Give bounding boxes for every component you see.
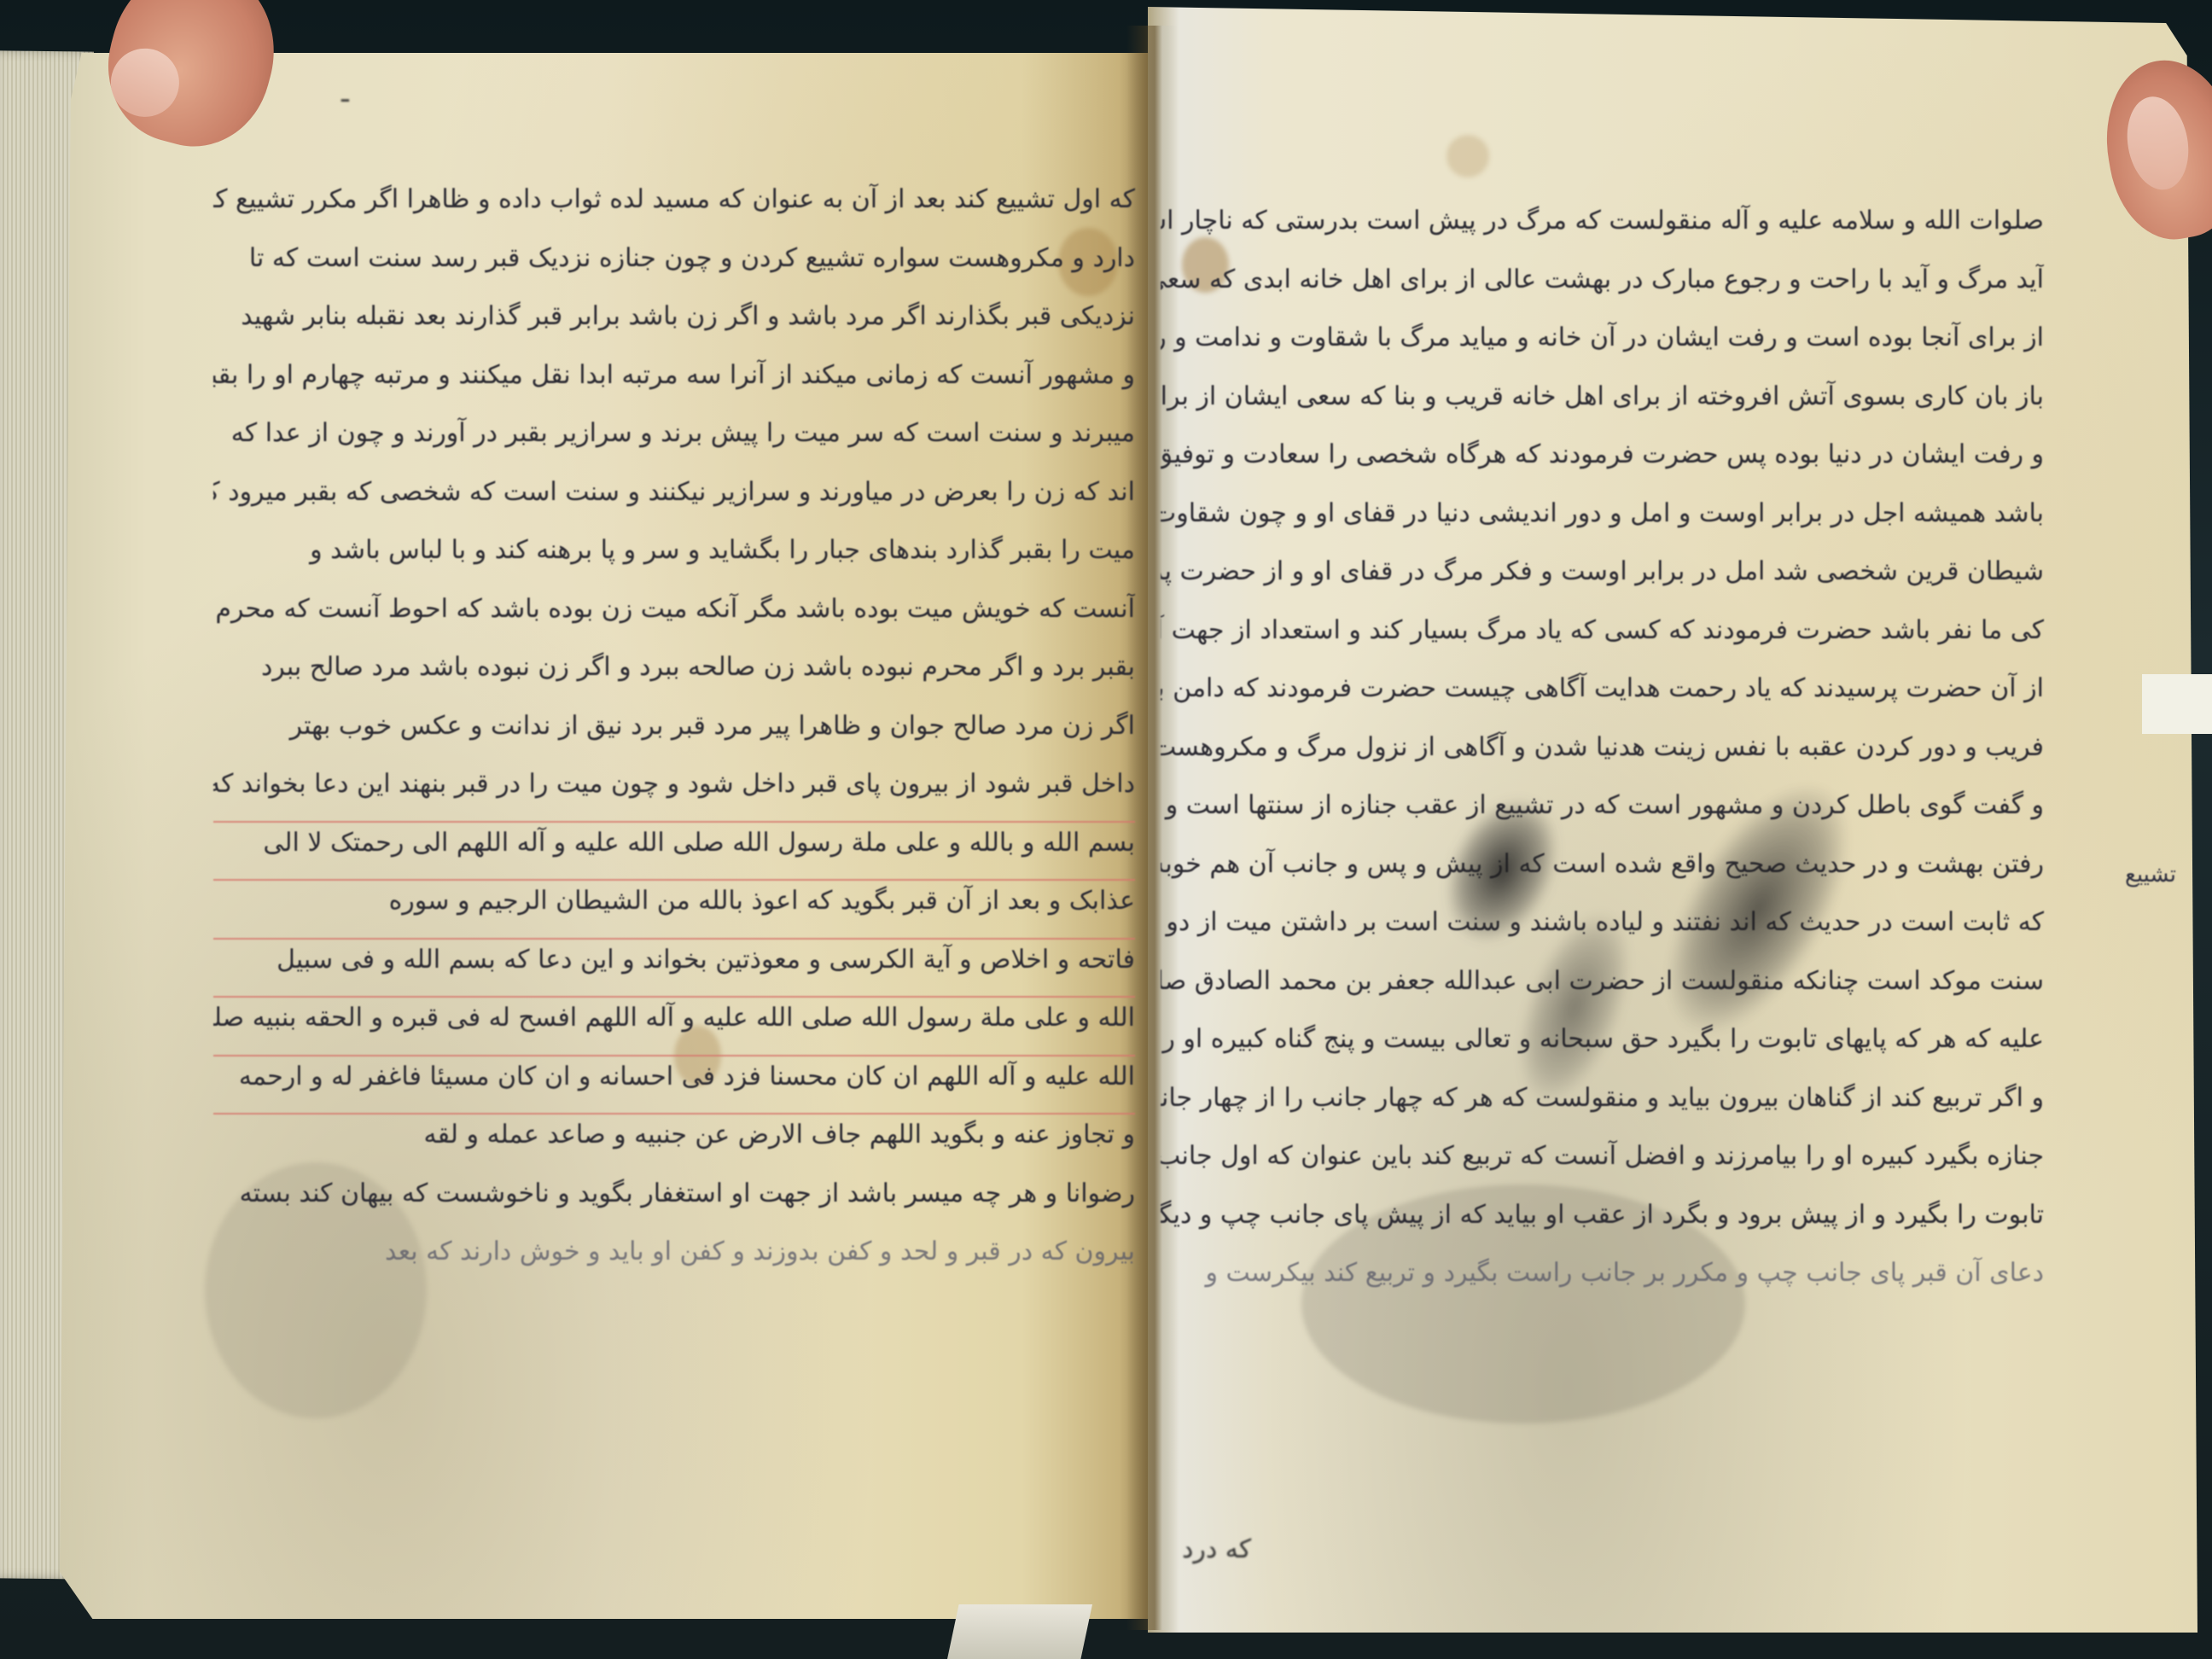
inserted-slip [2142, 674, 2212, 734]
text-line: تابوت را بگیرد و از پیش برود و بگرد از ع… [1161, 1186, 2044, 1245]
text-line: و اگر تربیع کند از گناهان بیرون بیاید و … [1161, 1069, 2044, 1128]
bottom-mark: که درد [1182, 1534, 1251, 1564]
text-line: میبرند و سنت است که سر میت را پیش برند و… [213, 405, 1135, 463]
text-line: فریب و دور کردن عقبه با نفس زینت هدنیا ش… [1161, 719, 2044, 777]
rubric-text-line: عذابک و بعد از آن قبر بگوید که اعوذ بالل… [213, 872, 1135, 931]
text-line: دعای آن قبر پای جانب چپ و مکرر بر جانب ر… [1161, 1244, 2044, 1303]
text-line: رفتن بهشت و در حدیث صحیح واقع شده است که… [1161, 835, 2044, 894]
rubric-text-line: فاتحه و اخلاص و آیة الکرسی و معوذتین بخو… [213, 931, 1135, 990]
text-line: آنست که خویش میت بوده باشد مگر آنکه میت … [213, 580, 1135, 639]
text-line: میت را بقبر گذارد بندهای جبار را بگشاید … [213, 521, 1135, 580]
text-line: صلوات الله و سلامه علیه و آله منقولست که… [1161, 192, 2044, 251]
text-line: باشد همیشه اجل در برابر اوست و امل و دور… [1161, 485, 2044, 544]
rubric-text-line: الله علیه و آله اللهم ان کان محسنا فزد ف… [213, 1048, 1135, 1107]
text-line: جنازه بگیرد کبیره او را بیامرزند و افضل … [1161, 1127, 2044, 1186]
text-line: داخل قبر شود از بیرون پای قبر داخل شود و… [213, 755, 1135, 814]
text-line: بقبر برد و اگر محرم نبوده باشد زن صالحه … [213, 638, 1135, 697]
text-line: و مشهور آنست که زمانی میکند از آنرا سه م… [213, 346, 1135, 405]
rubric-text-line: بسم الله و بالله و علی ملة رسول الله صلی… [213, 814, 1135, 873]
text-line: اند که زن را بعرض در میاورند و سرازیر نی… [213, 463, 1135, 522]
text-line: از آن حضرت پرسیدند که یاد رحمت هدایت آگا… [1161, 660, 2044, 719]
rubric-text-line: و تجاوز عنه و بگوید اللهم جاف الارض عن ج… [213, 1106, 1135, 1165]
stain [1447, 135, 1489, 178]
text-line: که اول تشییع کند بعد از آن به عنوان که م… [213, 171, 1135, 230]
text-line: اگر زن مرد صالح جوان و ظاهرا پیر مرد قبر… [213, 697, 1135, 756]
text-line: باز بان کاری بسوی آتش افروخته از برای اه… [1161, 368, 2044, 427]
text-line: کی ما نفر باشد حضرت فرمودند که کسی که یا… [1161, 602, 2044, 661]
right-page-text: صلوات الله و سلامه علیه و آله منقولست که… [1161, 192, 2044, 1303]
text-line: آید مرگ و آید با راحت و رجوع مبارک در به… [1161, 251, 2044, 310]
text-line: نزدیکی قبر بگذارند اگر مرد باشد و اگر زن… [213, 288, 1135, 346]
manuscript-photo: ـ که درد که اول تشییع کند بعد از آن به ع… [0, 0, 2212, 1659]
rubric-text-line: الله و علی ملة رسول الله صلی الله علیه و… [213, 989, 1135, 1048]
corner-mark: ـ [341, 79, 349, 108]
text-line: و گفت گوی باطل کردن و مشهور است که در تش… [1161, 777, 2044, 835]
text-line: رضوانا و هر چه میسر باشد از جهت او استغف… [213, 1165, 1135, 1224]
fingernail [2120, 92, 2195, 195]
text-line: از برای آنجا بوده است و رفت ایشان در آن … [1161, 309, 2044, 368]
text-line: بیرون که در قبر و لحد و کفن بدوزند و کفن… [213, 1223, 1135, 1282]
left-page-text: که اول تشییع کند بعد از آن به عنوان که م… [213, 171, 1135, 1282]
folded-corner [947, 1604, 1092, 1659]
text-line: دارد و مکروهست سواره تشییع کردن و چون جن… [213, 230, 1135, 288]
text-line: و رفت ایشان در دنیا بوده پس حضرت فرمودند… [1161, 426, 2044, 485]
margin-note: تشییع [2125, 862, 2176, 888]
text-line: شیطان قرین شخصی شد امل در برابر اوست و ف… [1161, 543, 2044, 602]
